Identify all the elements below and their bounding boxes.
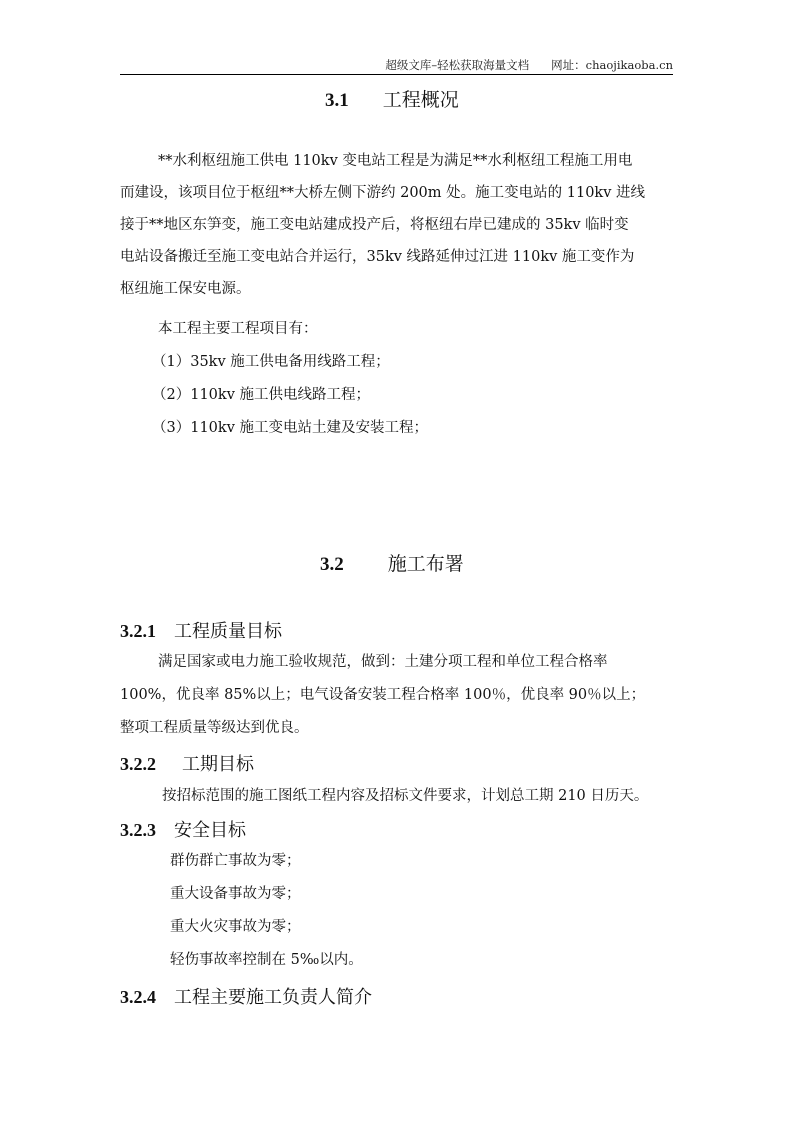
safety-item: 群伤群亡事故为零； [170, 846, 301, 877]
quality-line-3: 整项工程质量等级达到优良。 [120, 713, 309, 744]
list-item: （2）110kv 施工供电线路工程； [152, 380, 370, 411]
schedule-text: 按招标范围的施工图纸工程内容及招标文件要求，计划总工期 210 日历天。 [162, 781, 648, 812]
subsection-title: 工程主要施工负责人简介 [174, 987, 372, 1008]
safety-item: 重大设备事故为零； [170, 879, 301, 910]
subsection-title: 工期目标 [182, 754, 254, 775]
subsection-3-2-2-heading: 3.2.2工期目标 [120, 750, 254, 776]
section-number: 3.2 [320, 554, 344, 575]
subsection-number: 3.2.2 [120, 754, 156, 774]
header-url: 网址：chaojikaoba.cn [551, 58, 673, 72]
safety-item: 轻伤事故率控制在 5‰以内。 [170, 945, 363, 976]
section-title: 施工布署 [388, 553, 464, 575]
list-item: （3）110kv 施工变电站土建及安装工程； [152, 413, 428, 444]
para-line-1: **水利枢纽施工供电 110kv 变电站工程是为满足**水利枢纽工程施工用电 [158, 146, 632, 177]
quality-line-1: 满足国家或电力施工验收规范，做到：土建分项工程和单位工程合格率 [158, 647, 608, 678]
subsection-number: 3.2.4 [120, 987, 156, 1007]
list-item: （1）35kv 施工供电备用线路工程； [152, 347, 390, 378]
safety-item: 重大火灾事故为零； [170, 912, 301, 943]
subsection-title: 工程质量目标 [174, 621, 282, 642]
section-3-1-heading: 3.1工程概况 [325, 85, 459, 112]
header-divider [120, 74, 673, 75]
items-intro: 本工程主要工程项目有： [158, 314, 318, 345]
para-line-2: 而建设，该项目位于枢纽**大桥左侧下游约 200m 处。施工变电站的 110kv… [120, 178, 645, 209]
header-site-name: 超级文库–轻松获取海量文档 [385, 58, 529, 72]
para-line-5: 枢纽施工保安电源。 [120, 274, 251, 305]
subsection-number: 3.2.1 [120, 621, 156, 641]
subsection-3-2-1-heading: 3.2.1工程质量目标 [120, 617, 282, 643]
subsection-3-2-3-heading: 3.2.3安全目标 [120, 816, 246, 842]
section-3-2-heading: 3.2施工布署 [320, 549, 464, 576]
section-title: 工程概况 [383, 89, 459, 111]
section-number: 3.1 [325, 90, 349, 111]
subsection-number: 3.2.3 [120, 820, 156, 840]
para-line-3: 接于**地区东笋变，施工变电站建成投产后，将枢纽右岸已建成的 35kv 临时变 [120, 210, 629, 241]
subsection-3-2-4-heading: 3.2.4工程主要施工负责人简介 [120, 983, 372, 1009]
page-header: 超级文库–轻松获取海量文档网址：chaojikaoba.cn [385, 57, 673, 73]
para-line-4: 电站设备搬迁至施工变电站合并运行，35kv 线路延伸过江进 110kv 施工变作… [120, 242, 634, 273]
quality-line-2: 100%，优良率 85%以上；电气设备安装工程合格率 100％，优良率 90％以… [120, 680, 645, 711]
subsection-title: 安全目标 [174, 820, 246, 841]
